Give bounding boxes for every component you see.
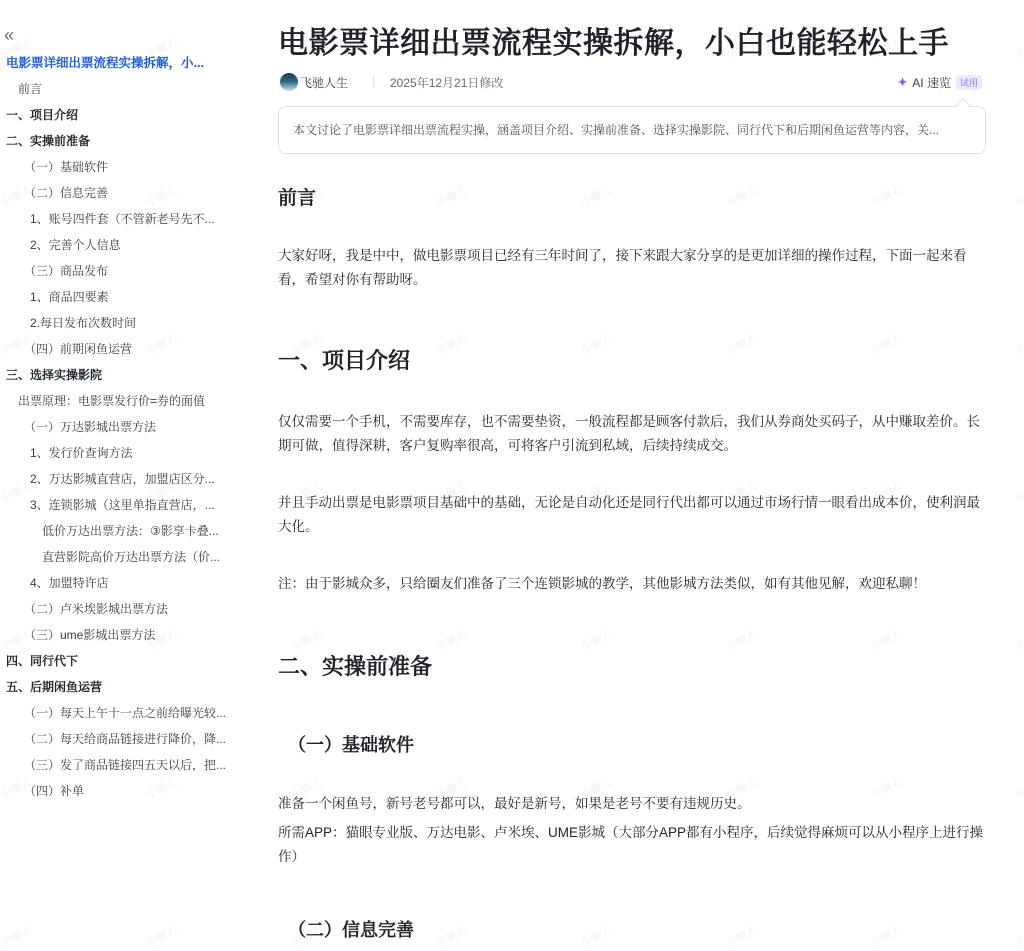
toc-item[interactable]: 三、选择实操影院 [0,362,240,388]
toc-item[interactable]: 2.每日发布次数时间 [0,310,240,336]
watermark-text: 小懒人 [433,626,470,654]
toc-item[interactable]: （一）基础软件 [0,154,240,180]
toc-item[interactable]: （四）补单 [0,778,240,804]
heading-section-2: 二、实操前准备 [278,650,432,681]
heading-section-1: 一、项目介绍 [278,344,410,375]
paragraph: 并且手动出票是电影票项目基础中的基础，无论是自动化还是同行代出都可以通过市场行情… [278,491,986,539]
toc-item[interactable]: （四）前期闲鱼运营 [0,336,240,362]
watermark-text: 小懒人 [578,182,615,210]
toc-item[interactable]: （一）万达影城出票方法 [0,414,240,440]
watermark-text: 小懒人 [723,922,760,950]
document-page: 小懒人小懒人小懒人小懒人小懒人小懒人小懒人小懒人小懒人小懒人小懒人小懒人小懒人小… [0,0,1024,951]
watermark-text: 小懒人 [578,626,615,654]
toc-item[interactable]: 四、同行代下 [0,648,240,674]
watermark-text: 小懒人 [723,626,760,654]
watermark-text: 小懒人 [1013,922,1024,950]
toc-item[interactable]: （二）信息完善 [0,180,240,206]
toc-item[interactable]: 前言 [0,76,240,102]
toc-item[interactable]: （二）卢米埃影城出票方法 [0,596,240,622]
heading-preface: 前言 [278,183,316,210]
toc-item[interactable]: 二、实操前准备 [0,128,240,154]
toc-item[interactable]: 1、账号四件套（不管新老号先不... [0,206,240,232]
paragraph: 注：由于影城众多，只给圈友们准备了三个连锁影城的教学，其他影城方法类似，如有其他… [278,572,986,596]
paragraph: 所需APP：猫眼专业版、万达电影、卢米埃、UME影城（大部分APP都有小程序，后… [278,821,986,869]
toc-item[interactable]: 直营影院高价万达出票方法（价... [0,544,240,570]
toc-item[interactable]: （一）每天上午十一点之前给曝光较... [0,700,240,726]
watermark-text: 小懒人 [433,330,470,358]
watermark-text: 小懒人 [433,182,470,210]
page-title: 电影票详细出票流程实操拆解，小白也能轻松上手 [278,18,949,62]
toc-item[interactable]: 1、商品四要素 [0,284,240,310]
toc-item[interactable]: 4、加盟特许店 [0,570,240,596]
toc-item[interactable]: 出票原理：电影票发行价=券的面值 [0,388,240,414]
ai-summary-label: AI 速览 [912,74,951,91]
heading-section-2-1: （一）基础软件 [288,731,414,757]
watermark-text: 小懒人 [578,330,615,358]
trial-badge: 试用 [956,75,982,90]
watermark-text: 小懒人 [433,922,470,950]
toc-item[interactable]: 1、发行价查询方法 [0,440,240,466]
toc-item[interactable]: （三）商品发布 [0,258,240,284]
paragraph: 大家好呀，我是中中，做电影票项目已经有三年时间了，接下来跟大家分享的是更加详细的… [278,244,986,292]
toc-item[interactable]: 五、后期闲鱼运营 [0,674,240,700]
paragraph: 准备一个闲鱼号，新号老号都可以，最好是新号，如果是老号不要有违规历史。 [278,792,986,816]
toc-item-title[interactable]: 电影票详细出票流程实操拆解，小... [0,50,240,76]
toc-sidebar: « 电影票详细出票流程实操拆解，小...前言一、项目介绍二、实操前准备（一）基础… [0,0,250,951]
sparkle-icon: ✦ [897,74,909,91]
table-of-contents: 电影票详细出票流程实操拆解，小...前言一、项目介绍二、实操前准备（一）基础软件… [0,50,240,804]
ai-summary-box[interactable]: 本文讨论了电影票详细出票流程实操，涵盖项目介绍、实操前准备、选择实操影院、同行代… [278,106,986,154]
watermark-text: 小懒人 [1013,626,1024,654]
article-meta: 飞驰人生 2025年12月21日修改 ✦ AI 速览 试用 [278,72,986,92]
heading-section-2-2: （二）信息完善 [288,916,414,942]
toc-item[interactable]: 一、项目介绍 [0,102,240,128]
watermark-text: 小懒人 [868,330,905,358]
toc-item[interactable]: 2、完善个人信息 [0,232,240,258]
watermark-text: 小懒人 [578,922,615,950]
watermark-text: 小懒人 [868,182,905,210]
toc-item[interactable]: 低价万达出票方法：③影享卡叠... [0,518,240,544]
watermark-text: 小懒人 [1013,774,1024,802]
watermark-text: 小懒人 [723,330,760,358]
avatar[interactable] [280,73,298,91]
watermark-text: 小懒人 [1013,34,1024,62]
toc-item[interactable]: （三）ume影城出票方法 [0,622,240,648]
watermark-text: 小懒人 [1013,478,1024,506]
toc-item[interactable]: 2、万达影城直营店，加盟店区分... [0,466,240,492]
toc-item[interactable]: （二）每天给商品链接进行降价，降... [0,726,240,752]
watermark-text: 小懒人 [868,626,905,654]
watermark-text: 小懒人 [723,182,760,210]
ai-summary-button[interactable]: ✦ AI 速览 试用 [897,72,982,92]
collapse-sidebar-icon[interactable]: « [4,27,22,45]
toc-item[interactable]: 3、连锁影城（这里单指直营店，... [0,492,240,518]
meta-divider [373,76,374,87]
paragraph: 仅仅需要一个手机，不需要库存，也不需要垫资，一般流程都是顾客付款后，我们从券商处… [278,410,986,458]
watermark-text: 小懒人 [868,922,905,950]
author-name[interactable]: 飞驰人生 [300,74,348,91]
watermark-text: 小懒人 [1013,330,1024,358]
modified-date: 2025年12月21日修改 [390,74,503,91]
toc-item[interactable]: （三）发了商品链接四五天以后，把... [0,752,240,778]
watermark-text: 小懒人 [1013,182,1024,210]
